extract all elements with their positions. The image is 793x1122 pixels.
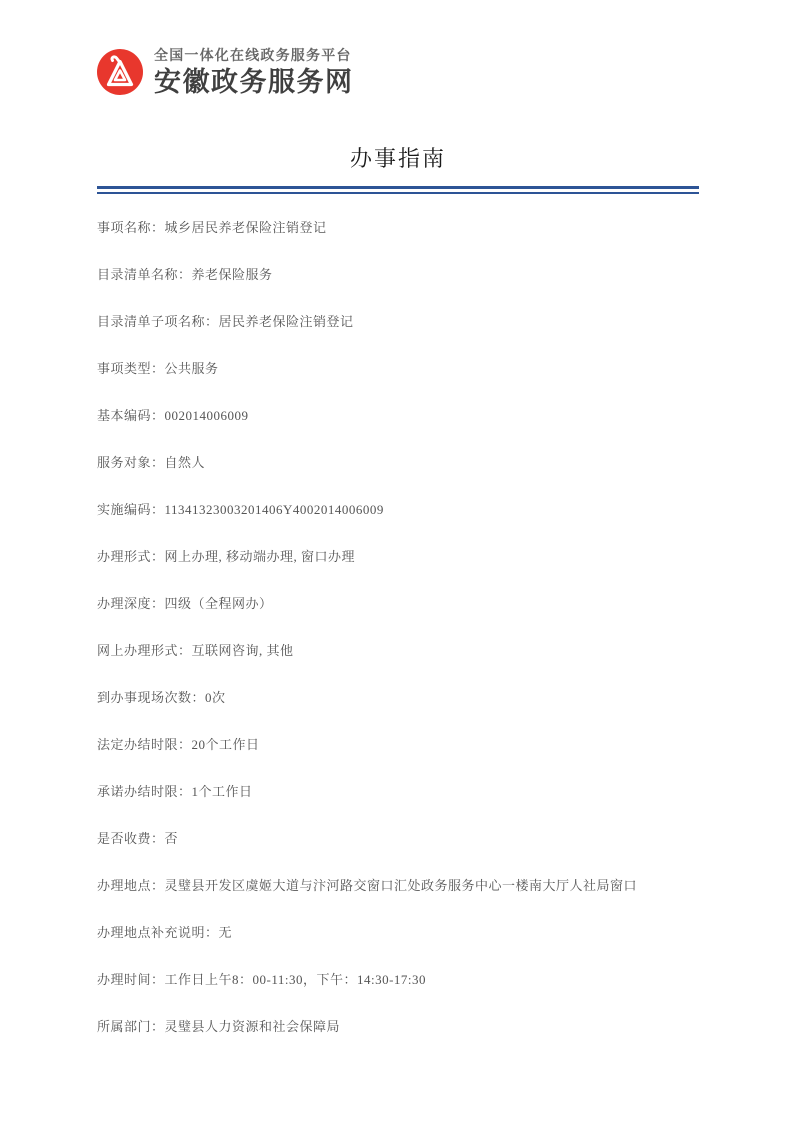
field-value: 灵璧县人力资源和社会保障局	[165, 1019, 341, 1034]
field-value: 养老保险服务	[192, 267, 273, 282]
brand-text: 全国一体化在线政务服务平台 安徽政务服务网	[154, 46, 354, 98]
field-row-handling-form: 办理形式：网上办理, 移动端办理, 窗口办理	[97, 550, 699, 564]
logo-mark-icon	[97, 49, 143, 95]
field-value: 居民养老保险注销登记	[219, 314, 354, 329]
field-row-online-form: 网上办理形式：互联网咨询, 其他	[97, 644, 699, 658]
field-row-legal-time-limit: 法定办结时限：20个工作日	[97, 738, 699, 752]
title-rule-thin	[97, 192, 699, 194]
field-label: 服务对象：	[97, 455, 165, 470]
field-value: 20个工作日	[192, 737, 260, 752]
field-label: 事项类型：	[97, 361, 165, 376]
field-row-catalog-subitem-name: 目录清单子项名称：居民养老保险注销登记	[97, 315, 699, 329]
field-row-onsite-visits: 到办事现场次数：0次	[97, 691, 699, 705]
field-row-handling-location: 办理地点：灵璧县开发区虞姬大道与汴河路交窗口汇处政务服务中心一楼南大厅人社局窗口	[97, 879, 699, 893]
field-row-service-target: 服务对象：自然人	[97, 456, 699, 470]
field-label: 是否收费：	[97, 831, 165, 846]
field-label: 目录清单子项名称：	[97, 314, 219, 329]
field-row-responsible-department: 所属部门：灵璧县人力资源和社会保障局	[97, 1020, 699, 1034]
field-label: 办理地点：	[97, 878, 165, 893]
field-value: 公共服务	[165, 361, 219, 376]
field-value: 灵璧县开发区虞姬大道与汴河路交窗口汇处政务服务中心一楼南大厅人社局窗口	[165, 878, 638, 893]
field-label: 办理时间：	[97, 972, 165, 987]
field-value: 002014006009	[165, 408, 249, 423]
field-value: 否	[165, 831, 179, 846]
field-list: 事项名称：城乡居民养老保险注销登记 目录清单名称：养老保险服务 目录清单子项名称…	[97, 221, 699, 1034]
field-row-basic-code: 基本编码：002014006009	[97, 409, 699, 423]
document-page: 全国一体化在线政务服务平台 安徽政务服务网 办事指南 事项名称：城乡居民养老保险…	[0, 0, 793, 1122]
field-row-implementation-code: 实施编码：11341323003201406Y4002014006009	[97, 503, 699, 517]
field-label: 法定办结时限：	[97, 737, 192, 752]
field-row-handling-hours: 办理时间：工作日上午8：00-11:30，下午：14:30-17:30	[97, 973, 699, 987]
field-value: 互联网咨询, 其他	[192, 643, 294, 658]
field-value: 自然人	[165, 455, 206, 470]
field-row-handling-depth: 办理深度：四级（全程网办）	[97, 597, 699, 611]
field-value: 0次	[205, 690, 226, 705]
site-header: 全国一体化在线政务服务平台 安徽政务服务网	[97, 43, 699, 100]
field-label: 承诺办结时限：	[97, 784, 192, 799]
anhui-gov-logo	[97, 49, 143, 95]
page-title: 办事指南	[97, 147, 699, 171]
field-label: 到办事现场次数：	[97, 690, 205, 705]
field-label: 办理深度：	[97, 596, 165, 611]
field-row-catalog-name: 目录清单名称：养老保险服务	[97, 268, 699, 282]
field-label: 目录清单名称：	[97, 267, 192, 282]
field-label: 事项名称：	[97, 220, 165, 235]
field-row-fee-charged: 是否收费：否	[97, 832, 699, 846]
field-value: 工作日上午8：00-11:30，下午：14:30-17:30	[165, 972, 427, 987]
field-value: 11341323003201406Y4002014006009	[165, 502, 384, 517]
field-value: 无	[219, 925, 233, 940]
field-row-promised-time-limit: 承诺办结时限：1个工作日	[97, 785, 699, 799]
field-value: 1个工作日	[192, 784, 253, 799]
field-row-location-note: 办理地点补充说明：无	[97, 926, 699, 940]
field-value: 四级（全程网办）	[165, 596, 273, 611]
field-label: 网上办理形式：	[97, 643, 192, 658]
field-label: 办理形式：	[97, 549, 165, 564]
field-label: 实施编码：	[97, 502, 165, 517]
site-name: 安徽政务服务网	[154, 66, 354, 98]
field-label: 基本编码：	[97, 408, 165, 423]
field-row-item-type: 事项类型：公共服务	[97, 362, 699, 376]
platform-tagline: 全国一体化在线政务服务平台	[154, 46, 354, 64]
field-value: 城乡居民养老保险注销登记	[165, 220, 327, 235]
field-label: 办理地点补充说明：	[97, 925, 219, 940]
field-value: 网上办理, 移动端办理, 窗口办理	[165, 549, 356, 564]
field-row-item-name: 事项名称：城乡居民养老保险注销登记	[97, 221, 699, 235]
title-rule-thick	[97, 186, 699, 189]
field-label: 所属部门：	[97, 1019, 165, 1034]
